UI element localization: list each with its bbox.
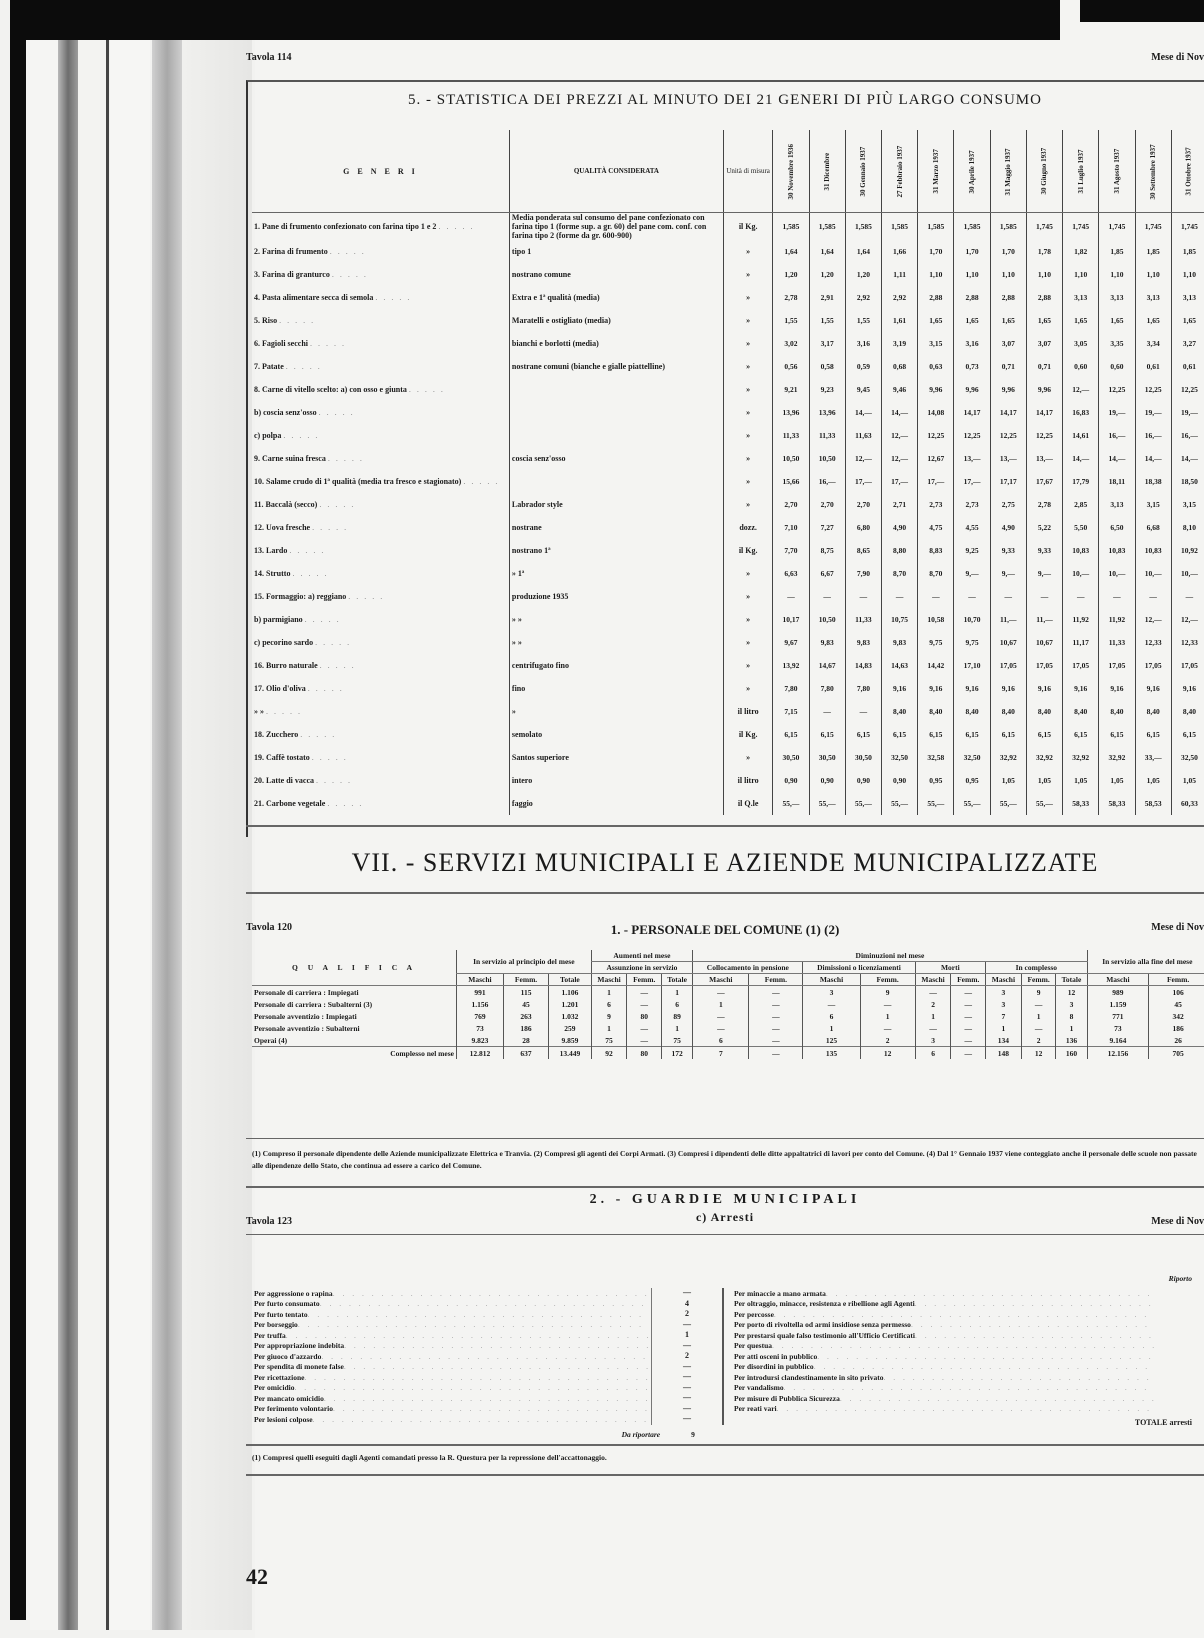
arresto-value: — (652, 1393, 722, 1404)
count-cell: 28 (503, 1034, 548, 1047)
arresto-label: Per reati vari (734, 1404, 777, 1413)
count-cell: — (749, 1034, 803, 1047)
leader-dots: . . . . . (319, 408, 355, 417)
divider (246, 1138, 1204, 1139)
price-cell: 1,585 (845, 213, 881, 241)
table-row: Personale di carriera : Impiegati9911151… (252, 986, 1204, 999)
count-cell: 8 (1056, 1010, 1087, 1022)
leader-dots: . . . . . . . . . . . . . . . . . . . . … (294, 1383, 649, 1392)
count-cell: 1.159 (1087, 998, 1149, 1010)
genere-label: c) polpa (254, 431, 281, 440)
price-cell: 17,— (882, 470, 918, 493)
price-cell: 32,58 (918, 746, 954, 769)
price-cell: 1,65 (1135, 309, 1171, 332)
count-cell: 125 (803, 1034, 860, 1047)
price-cell: 6,15 (809, 723, 845, 746)
unita-cell: » (723, 608, 772, 631)
price-cell: 6,15 (773, 723, 809, 746)
table-row: Operai (4)9.823289.85975—756—12523—13421… (252, 1034, 1204, 1047)
count-cell: 45 (503, 998, 548, 1010)
subcol-femm: Femm. (1021, 974, 1056, 986)
price-cell: 8,40 (990, 700, 1026, 723)
price-cell: 1,78 (1026, 240, 1062, 263)
qualita-cell: produzione 1935 (509, 585, 723, 608)
price-cell: 1,745 (1026, 213, 1062, 241)
price-cell: 11,33 (773, 424, 809, 447)
price-cell: 1,85 (1135, 240, 1171, 263)
leader-dots: . . . . . . . . . . . . . . . . . . . . … (826, 1289, 1154, 1298)
leader-dots: . . . . . (300, 730, 336, 739)
price-cell: 1,65 (1026, 309, 1062, 332)
col-inizio: In servizio al principio del mese (457, 950, 592, 974)
genere-label: 5. Riso (254, 316, 277, 325)
count-cell: 106 (1149, 986, 1204, 999)
subcol-femm: Femm. (627, 974, 662, 986)
count-cell: 1.032 (549, 1010, 591, 1022)
price-cell: 12,33 (1171, 631, 1204, 654)
price-cell: 8,80 (882, 539, 918, 562)
qualita-cell: faggio (509, 792, 723, 815)
price-cell: 6,15 (1026, 723, 1062, 746)
count-cell: — (951, 1010, 986, 1022)
genere-cell: c) polpa . . . . . (252, 424, 509, 447)
leader-dots: . . . . . (375, 293, 411, 302)
price-cell: 3,19 (882, 332, 918, 355)
arresto-label: Per lesioni colpose (254, 1415, 313, 1424)
count-cell: 1.201 (549, 998, 591, 1010)
arresto-label: Per mancato omicidio (254, 1394, 324, 1403)
price-cell: 8,40 (918, 700, 954, 723)
price-cell: 32,50 (1171, 746, 1204, 769)
leader-dots: . . . . . (409, 385, 445, 394)
price-cell: 30,50 (809, 746, 845, 769)
qualita-cell: » » (509, 608, 723, 631)
leader-dots: . . . . . (320, 661, 356, 670)
price-cell: — (809, 585, 845, 608)
leader-dots: . . . . . (438, 222, 474, 231)
price-cell: 14,67 (809, 654, 845, 677)
price-cell: 32,50 (954, 746, 990, 769)
price-cell: 1,585 (954, 213, 990, 241)
price-cell: 0,61 (1171, 355, 1204, 378)
price-cell: 2,70 (809, 493, 845, 516)
count-cell: — (915, 986, 951, 999)
price-cell: 9,16 (990, 677, 1026, 700)
qualita-cell (509, 424, 723, 447)
table-row: 1. Pane di frumento confezionato con far… (252, 213, 1204, 241)
price-cell: 1,85 (1099, 240, 1135, 263)
leader-dots: . . . . . (305, 615, 341, 624)
price-cell: 11,— (990, 608, 1026, 631)
price-cell: 3,17 (809, 332, 845, 355)
price-cell: 55,— (990, 792, 1026, 815)
genere-label: 10. Salame crudo di 1ª qualità (media tr… (254, 477, 461, 486)
arresto-item: Per lesioni colpose. . . . . . . . . . .… (254, 1414, 649, 1425)
price-cell: 6,80 (845, 516, 881, 539)
price-cell: 3,35 (1099, 332, 1135, 355)
price-cell: 2,92 (882, 286, 918, 309)
arresto-item: Per reati vari. . . . . . . . . . . . . … (734, 1404, 1154, 1415)
price-cell: — (1171, 585, 1204, 608)
arresto-label: Per porto di rivoltella od armi insidios… (734, 1320, 911, 1329)
price-cell: 17,— (954, 470, 990, 493)
table-row: Personale avventizio : Subalterni7318625… (252, 1022, 1204, 1034)
genere-cell: 11. Baccalà (secco) . . . . . (252, 493, 509, 516)
price-cell: 1,70 (918, 240, 954, 263)
table-row: 12. Uova fresche . . . . .nostranedozz.7… (252, 516, 1204, 539)
price-cell: 2,71 (882, 493, 918, 516)
count-cell: 1 (693, 998, 749, 1010)
price-cell: 12,— (1063, 378, 1099, 401)
genere-label: 6. Fagioli secchi (254, 339, 308, 348)
price-cell: — (918, 585, 954, 608)
leader-dots: . . . . . (279, 316, 315, 325)
table-row: 3. Farina di granturco . . . . .nostrano… (252, 263, 1204, 286)
da-riportare-label: Da riportare (622, 1430, 661, 1439)
count-cell: 6 (661, 998, 692, 1010)
divider (246, 892, 1204, 894)
price-cell: 3,13 (1099, 493, 1135, 516)
price-cell: 10,83 (1063, 539, 1099, 562)
divider (246, 1186, 1204, 1188)
genere-label: 1. Pane di frumento confezionato con far… (254, 222, 436, 231)
leader-dots: . . . . . . . . . . . . . . . . . . . . … (344, 1341, 649, 1350)
arresto-label: Per appropriazione indebita (254, 1341, 344, 1350)
price-cell: 2,91 (809, 286, 845, 309)
price-cell: 17,67 (1026, 470, 1062, 493)
genere-cell: 3. Farina di granturco . . . . . (252, 263, 509, 286)
genere-cell: 4. Pasta alimentare secca di semola . . … (252, 286, 509, 309)
count-cell: 2 (860, 1034, 915, 1047)
genere-cell: 6. Fagioli secchi . . . . . (252, 332, 509, 355)
count-cell: 80 (627, 1010, 662, 1022)
arresto-item: Per omicidio. . . . . . . . . . . . . . … (254, 1383, 649, 1394)
qualita-cell: » 1ª (509, 562, 723, 585)
price-cell: 14,17 (954, 401, 990, 424)
price-cell: 1,745 (1135, 213, 1171, 241)
count-cell: 73 (1087, 1022, 1149, 1034)
price-cell: 0,71 (1026, 355, 1062, 378)
price-cell: 18,38 (1135, 470, 1171, 493)
price-cell: 3,13 (1099, 286, 1135, 309)
price-cell: 3,07 (990, 332, 1026, 355)
price-cell: 14,63 (882, 654, 918, 677)
price-cell: 14,08 (918, 401, 954, 424)
price-cell: 3,07 (1026, 332, 1062, 355)
price-cell: 12,25 (1135, 378, 1171, 401)
arresto-item: Per porto di rivoltella od armi insidios… (734, 1320, 1154, 1331)
price-cell: 1,85 (1171, 240, 1204, 263)
arresto-item: Per percosse. . . . . . . . . . . . . . … (734, 1309, 1154, 1320)
price-cell: 11,— (1026, 608, 1062, 631)
page-edge (80, 40, 108, 1630)
price-cell: 1,585 (918, 213, 954, 241)
personale-table: Q U A L I F I C A In servizio al princip… (252, 950, 1204, 1059)
table-row: 13. Lardo . . . . .nostrano 1ªil Kg.7,70… (252, 539, 1204, 562)
prices-title: 5. - STATISTICA DEI PREZZI AL MINUTO DEI… (246, 92, 1204, 109)
price-cell: 19,— (1099, 401, 1135, 424)
count-cell: 991 (457, 986, 504, 999)
price-cell: 1,66 (882, 240, 918, 263)
unita-cell: » (723, 332, 772, 355)
count-cell: 186 (1149, 1022, 1204, 1034)
qualita-cell: nostrano comune (509, 263, 723, 286)
price-cell: — (1026, 585, 1062, 608)
count-cell: 1 (803, 1022, 860, 1034)
price-cell: 17,— (918, 470, 954, 493)
genere-label: 14. Strutto (254, 569, 290, 578)
price-cell: 14,42 (918, 654, 954, 677)
price-cell: 9,33 (1026, 539, 1062, 562)
price-cell: — (1099, 585, 1135, 608)
price-cell: 9,83 (845, 631, 881, 654)
page-edge-shadow (152, 40, 182, 1630)
price-cell: 12,— (882, 447, 918, 470)
count-cell: — (951, 1022, 986, 1034)
genere-label: b) coscia senz'osso (254, 408, 317, 417)
table-row: Personale avventizio : Impiegati7692631.… (252, 1010, 1204, 1022)
leader-dots: . . . . . . . . . . . . . . . . . . . . … (784, 1383, 1154, 1392)
unita-cell: » (723, 562, 772, 585)
price-cell: 17,79 (1063, 470, 1099, 493)
qualifica-cell: Personale avventizio : Impiegati (252, 1010, 457, 1022)
leader-dots: . . . . . . . . . . . . . . . . . . . . … (840, 1394, 1154, 1403)
arresto-item: Per oltraggio, minacce, resistenza e rib… (734, 1299, 1154, 1310)
price-cell: 11,33 (845, 608, 881, 631)
document-page: Tavola 114 Mese di Nov 5. - STATISTICA D… (246, 40, 1204, 1620)
qualita-cell: nostrane (509, 516, 723, 539)
totale-arresti-label: TOTALE arresti (1135, 1418, 1192, 1427)
count-cell: 3 (1056, 998, 1087, 1010)
unita-cell: » (723, 470, 772, 493)
price-cell: 9,16 (918, 677, 954, 700)
arresto-label: Per atti osceni in pubblico (734, 1352, 817, 1361)
da-riportare-value: 9 (662, 1430, 724, 1439)
price-cell: 9,23 (809, 378, 845, 401)
table-row: 9. Carne suina fresca . . . . .coscia se… (252, 447, 1204, 470)
price-cell: 3,05 (1063, 332, 1099, 355)
price-cell: 8,40 (1135, 700, 1171, 723)
total-cell: 13.449 (549, 1047, 591, 1060)
unita-cell: » (723, 378, 772, 401)
arresto-label: Per truffa (254, 1331, 286, 1340)
price-cell: 58,33 (1099, 792, 1135, 815)
price-cell: 60,33 (1171, 792, 1204, 815)
price-cell: 14,— (1063, 447, 1099, 470)
price-cell: 6,68 (1135, 516, 1171, 539)
scan-border-left (10, 10, 26, 1620)
total-cell: 160 (1056, 1047, 1087, 1060)
total-cell: 7 (693, 1047, 749, 1060)
price-cell: 1,55 (809, 309, 845, 332)
leader-dots: . . . . . (328, 454, 364, 463)
price-cell: 1,70 (954, 240, 990, 263)
arresto-item: Per mancato omicidio. . . . . . . . . . … (254, 1393, 649, 1404)
leader-dots: . . . . . . . . . . . . . . . . . . . . … (286, 1331, 649, 1340)
genere-cell: 21. Carbone vegetale . . . . . (252, 792, 509, 815)
col-qualita: QUALITÀ CONSIDERATA (509, 130, 723, 213)
price-cell: 32,92 (1063, 746, 1099, 769)
price-cell: 1,64 (773, 240, 809, 263)
genere-label: 18. Zucchero (254, 730, 298, 739)
price-cell: 12,33 (1135, 631, 1171, 654)
arresto-label: Per giuoco d'azzardo (254, 1352, 321, 1361)
count-cell: 1 (661, 1022, 692, 1034)
price-cell: 14,— (845, 401, 881, 424)
price-cell: 1,10 (1135, 263, 1171, 286)
count-cell: 1 (860, 1010, 915, 1022)
arresto-value: — (652, 1320, 722, 1331)
subcol-totale: Totale (661, 974, 692, 986)
leader-dots: . . . . . (327, 799, 363, 808)
genere-label: c) pecorino sardo (254, 638, 313, 647)
col-dimissioni: Dimissioni o licenziamenti (803, 962, 915, 974)
count-cell: — (627, 1034, 662, 1047)
price-cell: 18,11 (1099, 470, 1135, 493)
col-month: 31 Agosto 1937 (1099, 130, 1135, 213)
price-cell: 12,25 (918, 424, 954, 447)
price-cell: 9,45 (845, 378, 881, 401)
price-cell: — (882, 585, 918, 608)
price-cell: 9,16 (1135, 677, 1171, 700)
arresto-label: Per aggressione o rapina (254, 1289, 333, 1298)
price-cell: 2,78 (773, 286, 809, 309)
price-cell: 9,16 (1099, 677, 1135, 700)
genere-cell: 16. Burro naturale . . . . . (252, 654, 509, 677)
arresto-item: Per ricettazione. . . . . . . . . . . . … (254, 1372, 649, 1383)
unita-cell: » (723, 585, 772, 608)
price-cell: 3,27 (1171, 332, 1204, 355)
price-cell: 6,50 (1099, 516, 1135, 539)
price-cell: 4,90 (882, 516, 918, 539)
arresto-value: — (652, 1383, 722, 1394)
price-cell: 16,— (809, 470, 845, 493)
count-cell: — (915, 1022, 951, 1034)
arresto-label: Per omicidio (254, 1383, 294, 1392)
price-cell: 1,05 (1135, 769, 1171, 792)
subcol-totale: Totale (549, 974, 591, 986)
col-month: 27 Febbraio 1937 (882, 130, 918, 213)
price-cell: 7,80 (809, 677, 845, 700)
price-cell: 55,— (954, 792, 990, 815)
price-cell: 2,73 (918, 493, 954, 516)
qualita-cell: Maratelli e ostigliato (media) (509, 309, 723, 332)
da-riportare: Da riportare 9 (254, 1430, 724, 1439)
unita-cell: il litro (723, 700, 772, 723)
price-cell: 11,33 (1099, 631, 1135, 654)
unita-cell: dozz. (723, 516, 772, 539)
table-row: 5. Riso . . . . .Maratelli e ostigliato … (252, 309, 1204, 332)
divider (246, 1474, 1204, 1476)
price-cell: 16,— (1099, 424, 1135, 447)
count-cell: 3 (803, 986, 860, 999)
price-cell: 32,92 (990, 746, 1026, 769)
table-row: 10. Salame crudo di 1ª qualità (media tr… (252, 470, 1204, 493)
page-edge-shadow (58, 40, 78, 1630)
price-cell: 8,75 (809, 539, 845, 562)
price-cell: 14,— (1171, 447, 1204, 470)
price-cell: 7,80 (845, 677, 881, 700)
qualita-cell: coscia senz'osso (509, 447, 723, 470)
total-cell: 12 (1021, 1047, 1056, 1060)
unita-cell: il litro (723, 769, 772, 792)
arresto-item: Per misure di Pubblica Sicurezza. . . . … (734, 1393, 1154, 1404)
count-cell: — (803, 998, 860, 1010)
genere-label: b) parmigiano (254, 615, 303, 624)
genere-cell: 13. Lardo . . . . . (252, 539, 509, 562)
subcol-maschi: Maschi (457, 974, 504, 986)
count-cell: 3 (985, 986, 1021, 999)
price-cell: 9,75 (918, 631, 954, 654)
count-cell: 2 (1021, 1034, 1056, 1047)
price-cell: 4,75 (918, 516, 954, 539)
price-cell: 17,05 (1026, 654, 1062, 677)
prices-table-body: 1. Pane di frumento confezionato con far… (252, 213, 1204, 816)
col-unita: Unità di misura (723, 130, 772, 213)
subcol-maschi: Maschi (693, 974, 749, 986)
price-cell: 0,95 (918, 769, 954, 792)
count-cell: 9.859 (549, 1034, 591, 1047)
leader-dots: . . . . . . . . . . . . . . . . . . . . … (777, 1404, 1154, 1413)
subcol-maschi: Maschi (591, 974, 627, 986)
col-month: 30 Settembre 1937 (1135, 130, 1171, 213)
price-cell: 14,17 (1026, 401, 1062, 424)
table-row: Personale di carriera : Subalterni (3)1.… (252, 998, 1204, 1010)
genere-cell: 18. Zucchero . . . . . (252, 723, 509, 746)
arresto-label: Per disordini in pubblico (734, 1362, 814, 1371)
col-aumenti: Aumenti nel mese (591, 950, 693, 962)
price-cell: 1,585 (809, 213, 845, 241)
genere-label: 2. Farina di frumento (254, 247, 328, 256)
price-cell: 58,33 (1063, 792, 1099, 815)
leader-dots: . . . . . (316, 776, 352, 785)
genere-label: 15. Formaggio: a) reggiano (254, 592, 346, 601)
price-cell: 55,— (809, 792, 845, 815)
price-cell: — (809, 700, 845, 723)
price-cell: 9,21 (773, 378, 809, 401)
total-cell: 705 (1149, 1047, 1204, 1060)
month-label: Mese di Nov (1151, 52, 1204, 63)
arresto-value: 1 (652, 1330, 722, 1341)
price-cell: 0,56 (773, 355, 809, 378)
price-cell: 10,83 (1135, 539, 1171, 562)
price-cell: 8,40 (1171, 700, 1204, 723)
price-cell: 0,90 (882, 769, 918, 792)
price-cell: 2,70 (845, 493, 881, 516)
leader-dots: . . . . . (312, 523, 348, 532)
arresto-item: Per prestarsi quale falso testimonio all… (734, 1330, 1154, 1341)
price-cell: 10,— (1171, 562, 1204, 585)
table-row: b) parmigiano . . . . .» »»10,1710,5011,… (252, 608, 1204, 631)
price-cell: 14,— (1135, 447, 1171, 470)
qualifica-cell: Personale di carriera : Subalterni (3) (252, 998, 457, 1010)
price-cell: 1,20 (773, 263, 809, 286)
arresto-value: — (652, 1404, 722, 1415)
price-cell: 12,25 (1171, 378, 1204, 401)
unita-cell: » (723, 240, 772, 263)
total-cell: 12 (860, 1047, 915, 1060)
qualita-cell: bianchi e borlotti (media) (509, 332, 723, 355)
book-binding-edge (0, 0, 255, 1638)
arresto-item: Per borseggio. . . . . . . . . . . . . .… (254, 1320, 649, 1331)
price-cell: 9,96 (918, 378, 954, 401)
genere-cell: c) pecorino sardo . . . . . (252, 631, 509, 654)
price-cell: — (954, 585, 990, 608)
price-cell: 16,83 (1063, 401, 1099, 424)
unita-cell: il Q.le (723, 792, 772, 815)
price-cell: 2,73 (954, 493, 990, 516)
count-cell: — (693, 1010, 749, 1022)
